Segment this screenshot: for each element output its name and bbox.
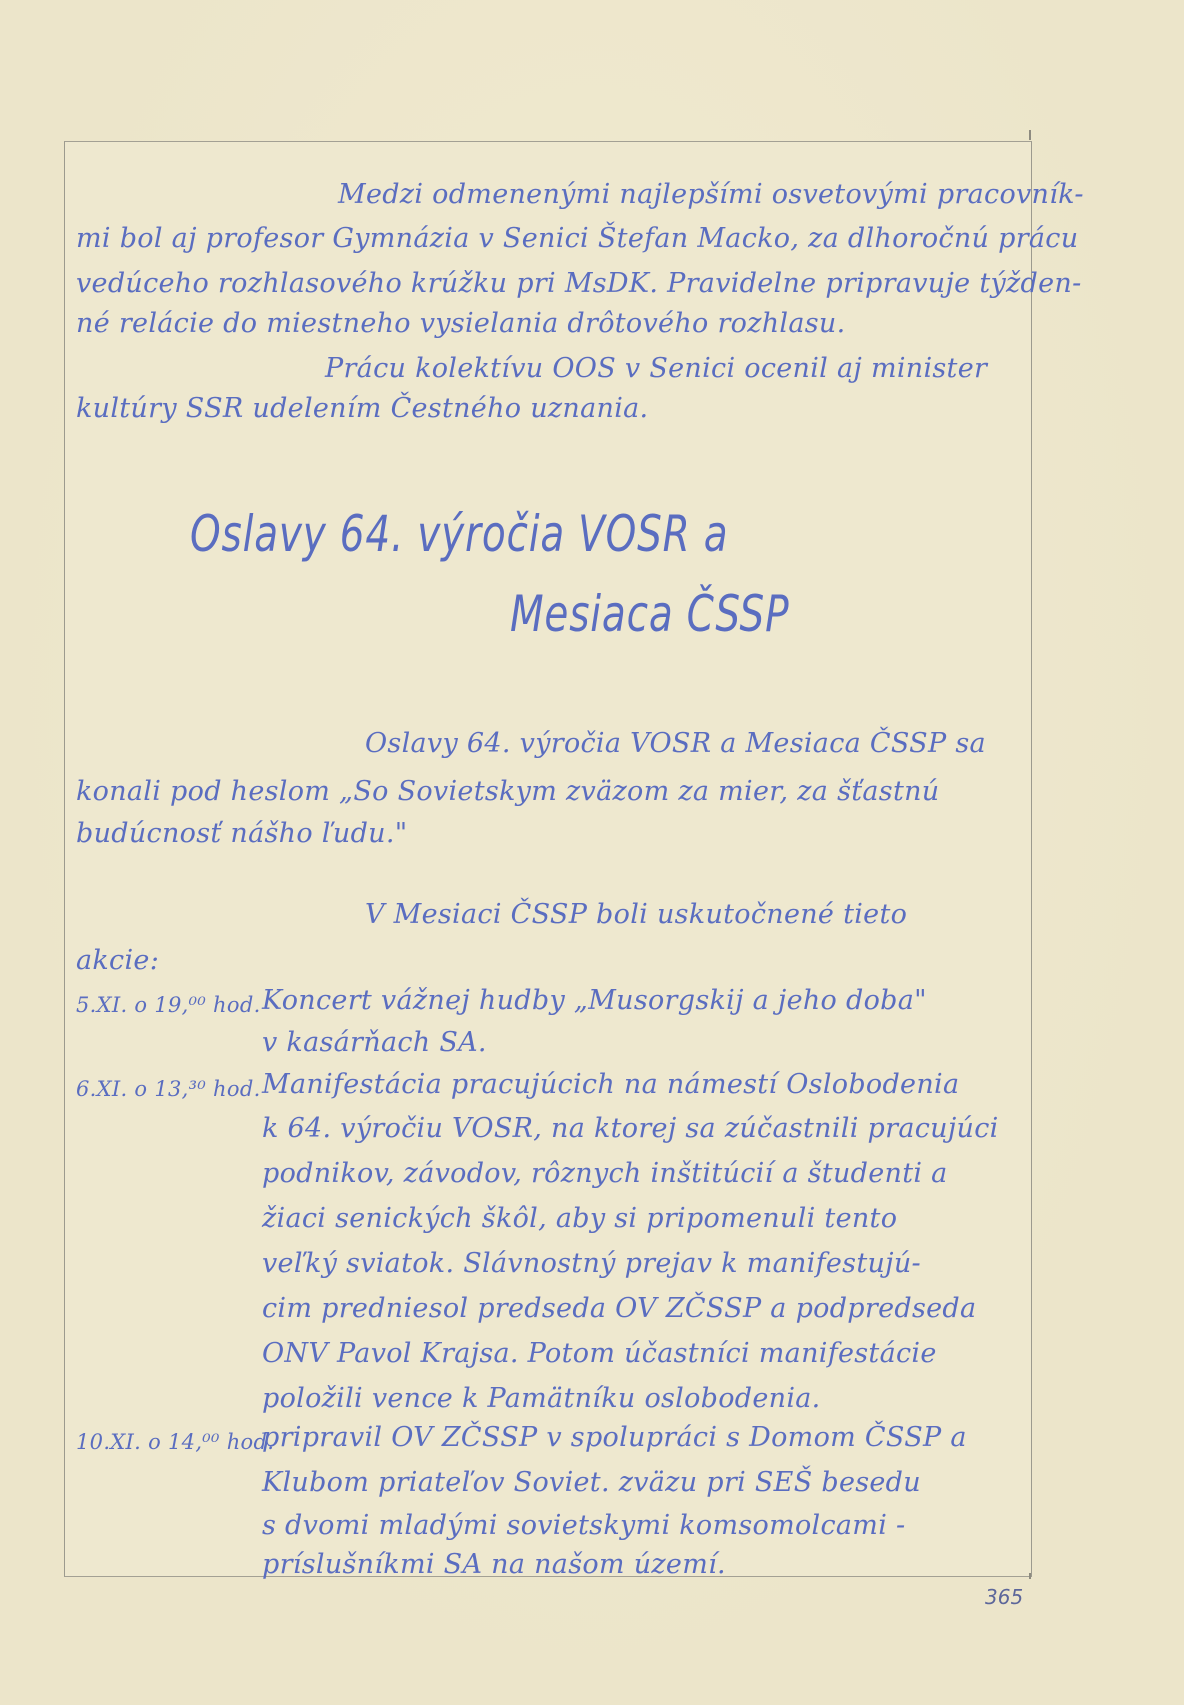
section-line: Oslavy 64. výročia VOSR a Mesiaca ČSSP s… xyxy=(365,727,986,761)
event-line: žiaci senických škôl, aby si pripomenuli… xyxy=(262,1202,897,1236)
event-line: Koncert vážnej hudby „Musorgskij a jeho … xyxy=(262,984,927,1018)
event-date: 5.XI. o 19,⁰⁰ hod. xyxy=(76,990,261,1020)
section-line: V Mesiaci ČSSP boli uskutočnené tieto xyxy=(365,898,907,932)
intro-line: vedúceho rozhlasového krúžku pri MsDK. P… xyxy=(76,267,1082,301)
intro-line: Prácu kolektívu OOS v Senici ocenil aj m… xyxy=(325,352,987,386)
intro-line: mi bol aj profesor Gymnázia v Senici Šte… xyxy=(76,222,1078,256)
event-line: k 64. výročiu VOSR, na ktorej sa zúčastn… xyxy=(262,1112,999,1146)
event-line: podnikov, závodov, rôznych inštitúcií a … xyxy=(262,1157,948,1191)
event-line: cim predniesol predseda OV ZČSSP a podpr… xyxy=(262,1292,976,1326)
event-line: ONV Pavol Krajsa. Potom účastníci manife… xyxy=(262,1337,937,1371)
event-line: príslušníkmi SA na našom území. xyxy=(262,1548,726,1582)
intro-line: Medzi odmenenými najlepšími osvetovými p… xyxy=(338,178,1084,212)
event-line: veľký sviatok. Slávnostný prejav k manif… xyxy=(262,1247,921,1281)
event-date: 10.XI. o 14,⁰⁰ hod. xyxy=(76,1427,274,1457)
section-line: budúcnosť nášho ľudu." xyxy=(76,817,407,851)
event-line: v kasárňach SA. xyxy=(262,1026,487,1060)
intro-line: kultúry SSR udelením Čestného uznania. xyxy=(76,392,648,426)
event-line: Klubom priateľov Soviet. zväzu pri SEŠ b… xyxy=(262,1466,921,1500)
event-line: s dvomi mladými sovietskymi komsomolcami… xyxy=(262,1509,905,1543)
event-line: Manifestácia pracujúcich na námestí Oslo… xyxy=(262,1068,959,1102)
page-number: 365 xyxy=(985,1585,1023,1609)
section-heading-line-2: Mesiaca ČSSP xyxy=(510,585,789,643)
event-date: 6.XI. o 13,³⁰ hod. xyxy=(76,1074,261,1104)
frame-corner-mark xyxy=(1029,130,1031,140)
event-line: pripravil OV ZČSSP v spolupráci s Domom … xyxy=(262,1421,967,1455)
frame-corner-mark xyxy=(1029,1573,1031,1579)
section-heading-line-1: Oslavy 64. výročia VOSR a xyxy=(190,505,728,563)
event-line: položili vence k Pamätníku oslobodenia. xyxy=(262,1382,821,1416)
intro-line: né relácie do miestneho vysielania drôto… xyxy=(76,307,845,341)
section-line: konali pod heslom „So Sovietskym zväzom … xyxy=(76,775,939,809)
section-line: akcie: xyxy=(76,944,159,978)
